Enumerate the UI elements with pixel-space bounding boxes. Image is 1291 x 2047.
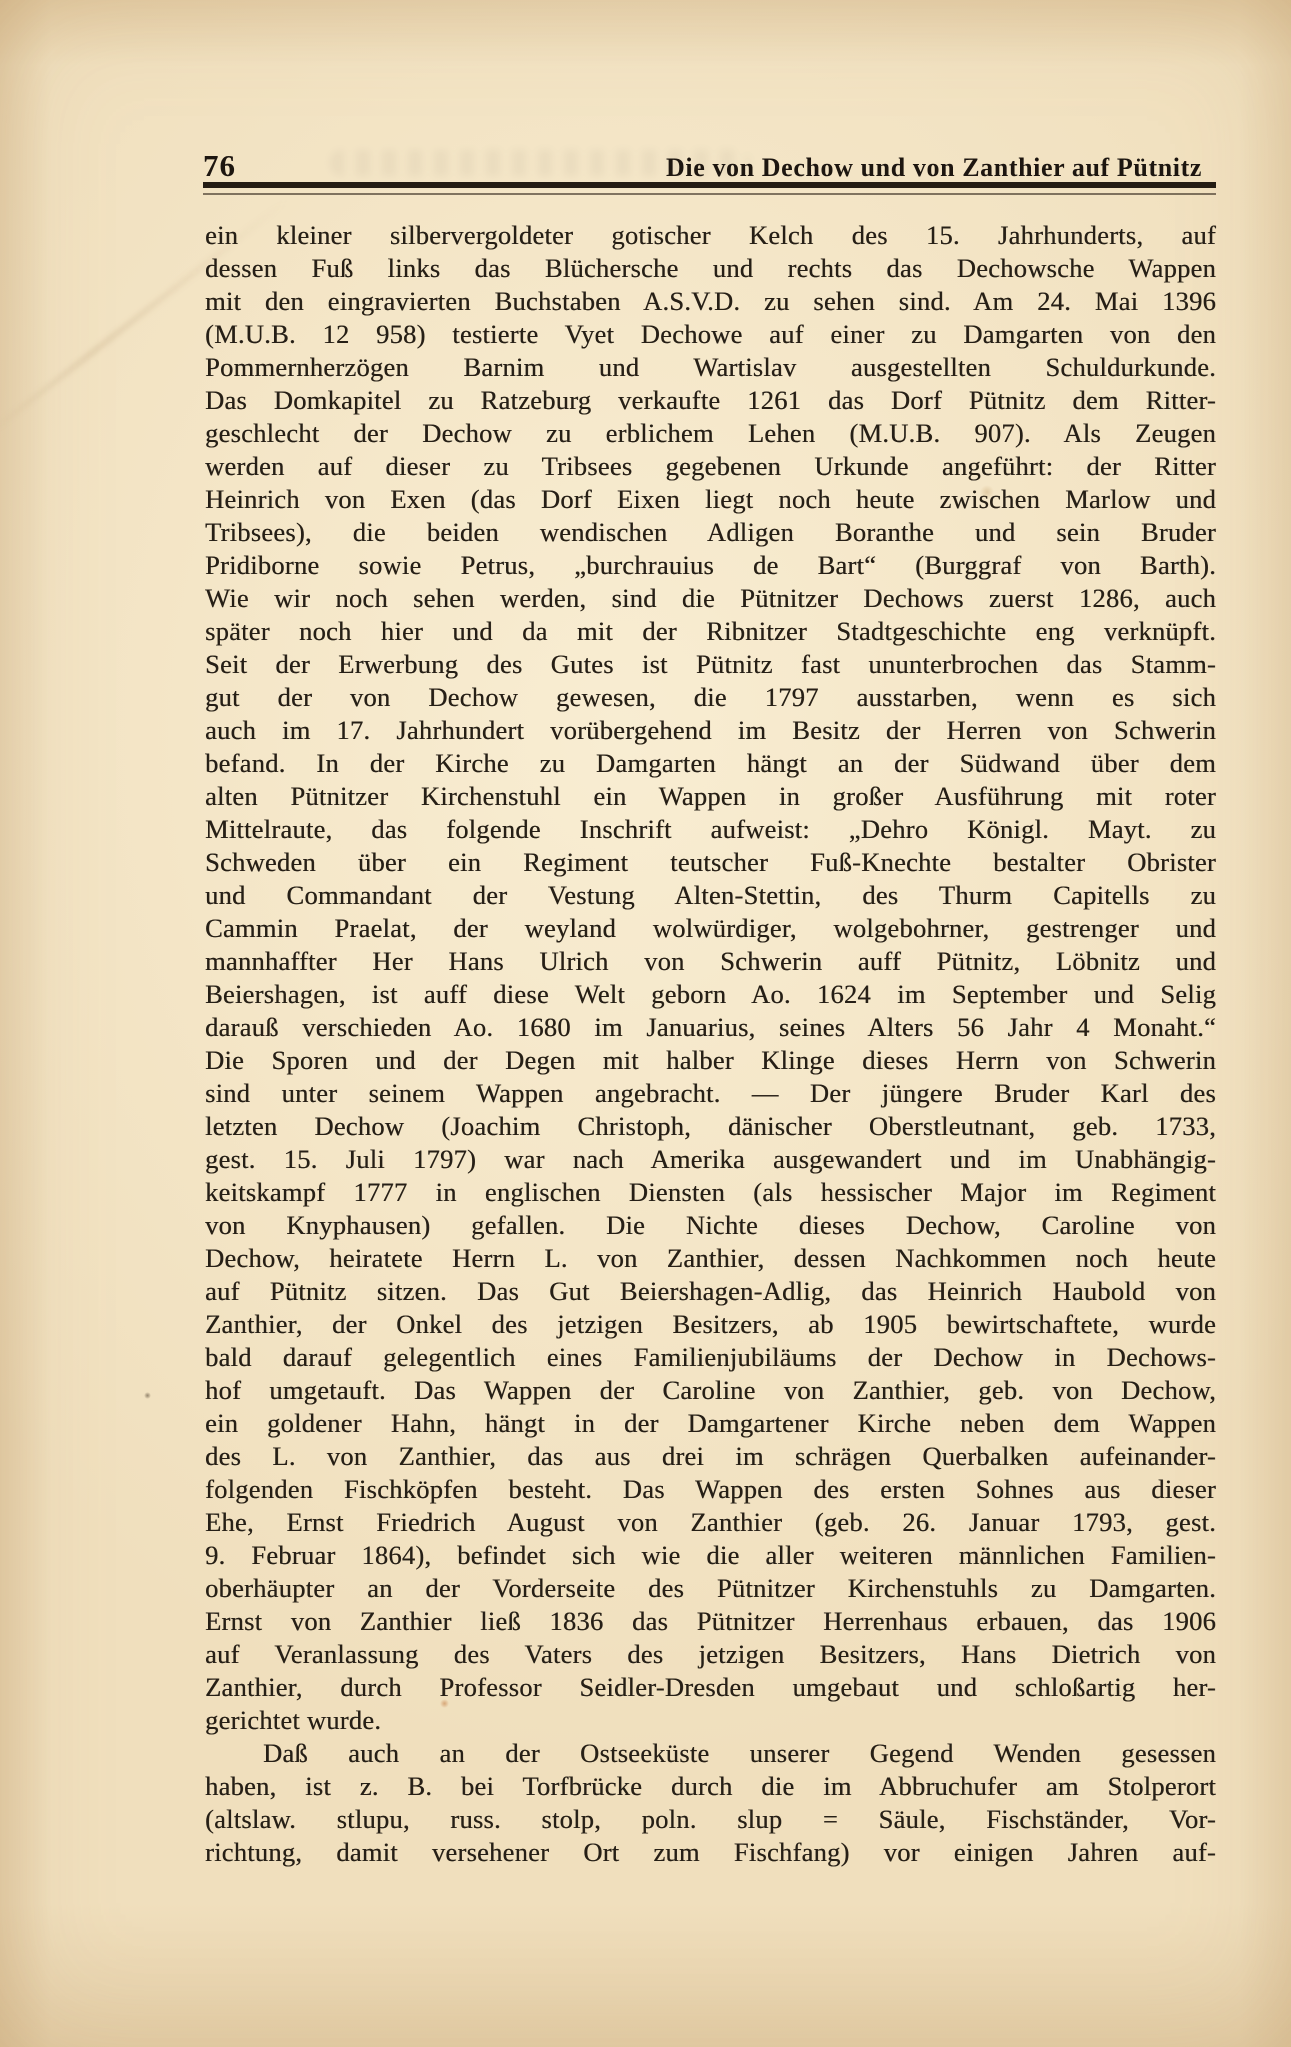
text-line: ein kleiner silbervergoldeter gotischer …: [205, 219, 1216, 252]
paragraph: Daß auch an der Ostseeküste unserer Gege…: [205, 1737, 1216, 1869]
text-line: Cammin Praelat, der weyland wolwürdiger,…: [205, 912, 1216, 945]
text-line: Die Sporen und der Degen mit halber Klin…: [205, 1044, 1216, 1077]
text-line: Zanthier, der Onkel des jetzigen Besitze…: [205, 1308, 1216, 1341]
text-line: haben, ist z. B. bei Torfbrücke durch di…: [205, 1770, 1216, 1803]
text-line: später noch hier und da mit der Ribnitze…: [205, 615, 1216, 648]
text-line: gut der von Dechow gewesen, die 1797 aus…: [205, 681, 1216, 714]
paragraph: ein kleiner silbervergoldeter gotischer …: [205, 219, 1216, 1737]
text-line: des L. von Zanthier, das aus drei im sch…: [205, 1440, 1216, 1473]
text-line: Daß auch an der Ostseeküste unserer Gege…: [205, 1737, 1216, 1770]
page-header: 76 Die von Dechow und von Zanthier auf P…: [203, 148, 1216, 184]
text-line: Dechow, heiratete Herrn L. von Zanthier,…: [205, 1242, 1216, 1275]
text-line: befand. In der Kirche zu Damgarten hängt…: [205, 747, 1216, 780]
text-line: letzten Dechow (Joachim Christoph, dänis…: [205, 1110, 1216, 1143]
text-line: (altslaw. stlupu, russ. stolp, poln. slu…: [205, 1803, 1216, 1836]
text-line: Wie wir noch sehen werden, sind die Pütn…: [205, 582, 1216, 615]
text-line: Seit der Erwerbung des Gutes ist Pütnitz…: [205, 648, 1216, 681]
text-line: und Commandant der Vestung Alten-Stettin…: [205, 879, 1216, 912]
page-number: 76: [203, 148, 236, 184]
text-line: dessen Fuß links das Blüchersche und rec…: [205, 252, 1216, 285]
paper-stain: [144, 1392, 151, 1399]
text-line: auf Pütnitz sitzen. Das Gut Beiershagen-…: [205, 1275, 1216, 1308]
text-line: hof umgetauft. Das Wappen der Caroline v…: [205, 1374, 1216, 1407]
text-line: werden auf dieser zu Tribsees gegebenen …: [205, 450, 1216, 483]
text-line: Zanthier, durch Professor Seidler-Dresde…: [205, 1671, 1216, 1704]
text-line: Ehe, Ernst Friedrich August von Zanthier…: [205, 1506, 1216, 1539]
text-line: auf Veranlassung des Vaters des jetzigen…: [205, 1638, 1216, 1671]
text-line: darauß verschieden Ao. 1680 im Januarius…: [205, 1011, 1216, 1044]
page-body: ein kleiner silbervergoldeter gotischer …: [205, 219, 1216, 1869]
text-line: geschlecht der Dechow zu erblichem Lehen…: [205, 417, 1216, 450]
text-line: Beiershagen, ist auff diese Welt geborn …: [205, 978, 1216, 1011]
book-page: 76 Die von Dechow und von Zanthier auf P…: [0, 0, 1291, 2047]
text-line: gest. 15. Juli 1797) war nach Amerika au…: [205, 1143, 1216, 1176]
text-line: gerichtet wurde.: [205, 1704, 1216, 1737]
running-title: Die von Dechow und von Zanthier auf Pütn…: [666, 153, 1216, 183]
text-line: (M.U.B. 12 958) testierte Vyet Dechowe a…: [205, 318, 1216, 351]
text-line: Das Domkapitel zu Ratzeburg verkaufte 12…: [205, 384, 1216, 417]
text-line: Pridiborne sowie Petrus, „burchrauius de…: [205, 549, 1216, 582]
text-line: Ernst von Zanthier ließ 1836 das Pütnitz…: [205, 1605, 1216, 1638]
text-line: mit den eingravierten Buchstaben A.S.V.D…: [205, 285, 1216, 318]
text-line: Mittelraute, das folgende Inschrift aufw…: [205, 813, 1216, 846]
text-line: Schweden über ein Regiment teutscher Fuß…: [205, 846, 1216, 879]
text-line: mannhaffter Her Hans Ulrich von Schwerin…: [205, 945, 1216, 978]
text-line: ein goldener Hahn, hängt in der Damgarte…: [205, 1407, 1216, 1440]
text-line: 9. Februar 1864), befindet sich wie die …: [205, 1539, 1216, 1572]
text-line: auch im 17. Jahrhundert vorübergehend im…: [205, 714, 1216, 747]
text-line: oberhäupter an der Vorderseite des Pütni…: [205, 1572, 1216, 1605]
text-line: alten Pütnitzer Kirchenstuhl ein Wappen …: [205, 780, 1216, 813]
text-line: richtung, damit versehener Ort zum Fisch…: [205, 1836, 1216, 1869]
text-line: keitskampf 1777 in englischen Diensten (…: [205, 1176, 1216, 1209]
text-line: Heinrich von Exen (das Dorf Eixen liegt …: [205, 483, 1216, 516]
text-line: bald darauf gelegentlich eines Familienj…: [205, 1341, 1216, 1374]
text-line: sind unter seinem Wappen angebracht. — D…: [205, 1077, 1216, 1110]
text-line: Pommernherzögen Barnim und Wartislav aus…: [205, 351, 1216, 384]
text-line: folgenden Fischköpfen besteht. Das Wappe…: [205, 1473, 1216, 1506]
header-rule: [203, 182, 1216, 195]
text-line: Tribsees), die beiden wendischen Adligen…: [205, 516, 1216, 549]
text-line: von Knyphausen) gefallen. Die Nichte die…: [205, 1209, 1216, 1242]
